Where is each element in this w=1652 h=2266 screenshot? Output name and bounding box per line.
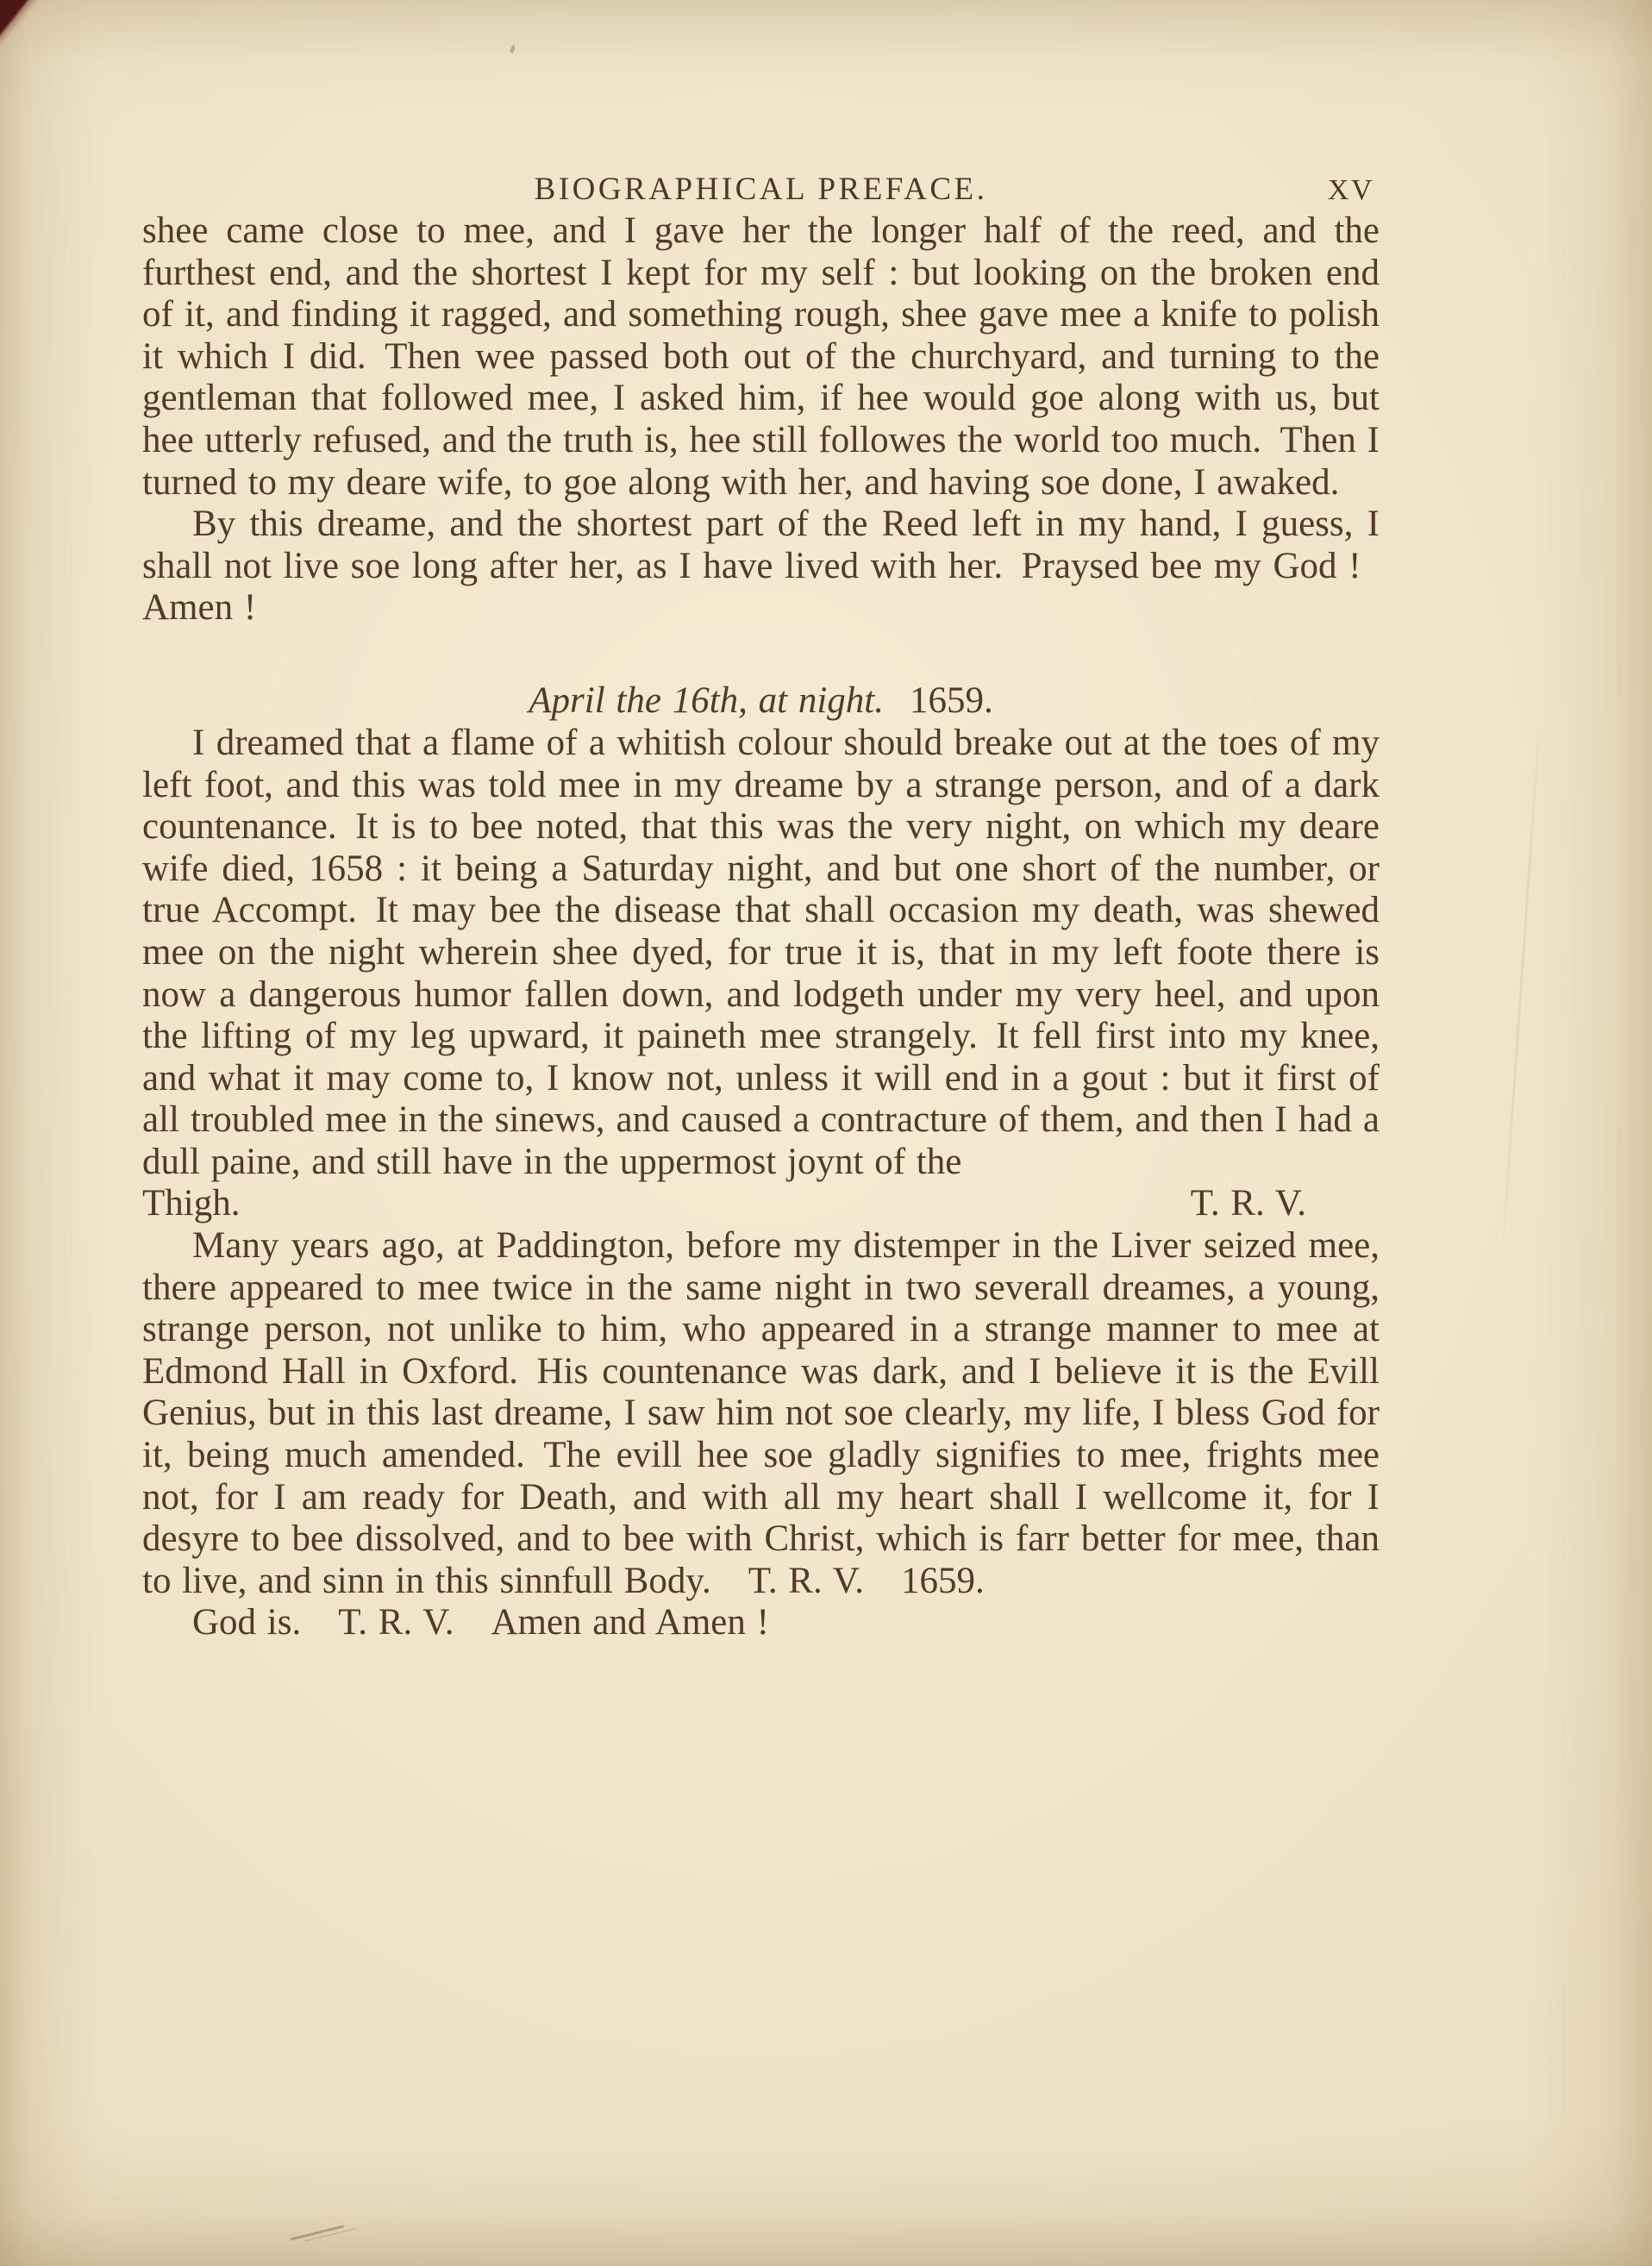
running-header: BIOGRAPHICAL PREFACE. XV	[142, 171, 1380, 210]
header-title: BIOGRAPHICAL PREFACE.	[142, 171, 1380, 209]
paragraph-reed-dream: shee came close to mee, and I gave her t…	[142, 210, 1380, 504]
signature-initials: T. R. V.	[1191, 1183, 1380, 1225]
paper-crease	[1501, 708, 1542, 1259]
heading-year: 1659.	[910, 680, 993, 721]
section-heading-april-16: April the 16th, at night.1659.	[142, 679, 1380, 723]
signature-line: Thigh. T. R. V.	[142, 1183, 1380, 1225]
text-column: BIOGRAPHICAL PREFACE. XV shee came close…	[142, 0, 1380, 1644]
book-cover-corner	[0, 0, 31, 40]
paper-scratch	[291, 2225, 345, 2240]
paragraph-flame-dream: I dreamed that a flame of a whitish colo…	[142, 723, 1380, 1184]
paragraph-last-word: Thigh.	[142, 1183, 240, 1225]
page-number: XV	[1328, 174, 1374, 207]
heading-date: April the 16th, at night.	[529, 680, 884, 721]
paragraph-paddington: Many years ago, at Paddington, before my…	[142, 1225, 1380, 1602]
body-text: shee came close to mee, and I gave her t…	[142, 210, 1380, 1644]
closing-line: God is. T. R. V. Amen and Amen !	[142, 1602, 1380, 1644]
paragraph-reed-conclusion: By this dreame, and the shortest part of…	[142, 504, 1380, 629]
scanned-book-page: BIOGRAPHICAL PREFACE. XV shee came close…	[0, 0, 1652, 2266]
